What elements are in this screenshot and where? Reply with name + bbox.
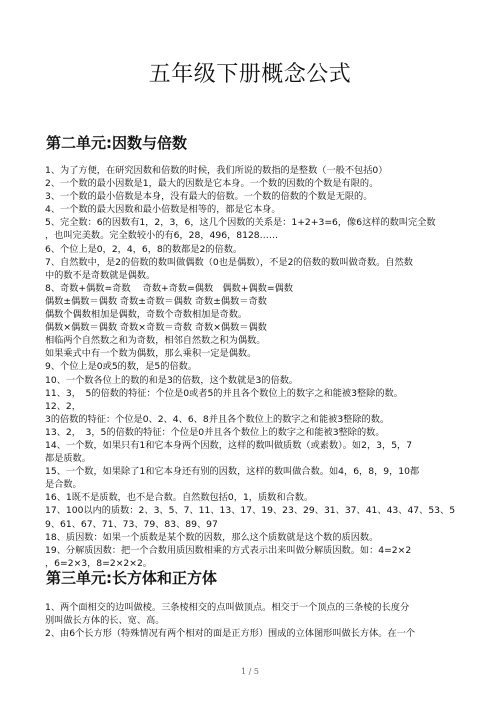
text-line: 1、为了方便，在研究因数和倍数的时候，我们所说的数指的是整数（一般不包括0） [45, 164, 457, 177]
text-line: 都是质数。 [45, 452, 457, 465]
text-line: 偶数±偶数＝偶数 奇数±奇数＝偶数 奇数±偶数＝奇数 [45, 295, 457, 308]
text-line: 5、完全数：6的因数有1，2，3，6，这几个因数的关系是：1+2+3=6，像6这… [45, 216, 457, 229]
section-heading-unit-3: 第三单元:长方体和正方体 [46, 568, 217, 588]
page-number: 1 / 5 [0, 667, 500, 676]
text-line: 18、质因数：如果一个质数是某个数的因数，那么这个质数就是这个数的质因数。 [45, 531, 457, 544]
text-line: 是合数。 [45, 478, 457, 491]
document-title: 五年级下册概念公式 [0, 60, 500, 90]
text-line: 相临两个自然数之和为奇数，相邻自然数之积为偶数。 [45, 334, 457, 347]
text-line: 7、自然数中，是2的倍数的数叫做偶数（0也是偶数），不是2的倍数的数叫做奇数。自… [45, 256, 457, 269]
text-line: 偶数×偶数＝偶数 奇数×奇数＝奇数 奇数×偶数＝偶数 [45, 321, 457, 334]
text-line: 4、一个数的最大因数和最小倍数是相等的，都是它本身。 [45, 203, 457, 216]
text-line: 6、个位上是0，2，4，6，8的数都是2的倍数。 [45, 243, 457, 256]
unit-2-content: 1、为了方便，在研究因数和倍数的时候，我们所说的数指的是整数（一般不包括0）2、… [45, 164, 457, 570]
text-line: 9、61、67、71、73、79、83、89、97 [45, 518, 457, 531]
text-line: 2、由6个长方形（特殊情况有两个相对的面是正方形）围成的立体图形叫做长方体。在一… [45, 627, 457, 640]
text-line: 10、一个数各位上的数的和是3的倍数，这个数就是3的倍数。 [45, 374, 457, 387]
text-line: 15、一个数，如果除了1和它本身还有别的因数，这样的数叫做合数。如4，6，8，9… [45, 465, 457, 478]
text-line: 如果乘式中有一个数为偶数，那么乘积一定是偶数。 [45, 347, 457, 360]
text-line: 2、一个数的最小因数是1，最大的因数是它本身。一个数的因数的个数是有限的。 [45, 177, 457, 190]
unit-3-content: 1、两个面相交的边叫做棱。三条棱相交的点叫做顶点。相交于一个顶点的三条棱的长度分… [45, 601, 457, 640]
text-line: 1、两个面相交的边叫做棱。三条棱相交的点叫做顶点。相交于一个顶点的三条棱的长度分 [45, 601, 457, 614]
text-line: 偶数个偶数相加是偶数，奇数个奇数相加是奇数。 [45, 308, 457, 321]
text-line: 16、1既不是质数，也不是合数。自然数包括0，1，质数和合数。 [45, 491, 457, 504]
section-heading-unit-2: 第二单元:因数与倍数 [46, 133, 187, 153]
text-line: 14、一个数，如果只有1和它本身两个因数，这样的数叫做质数（或素数）。如2，3，… [45, 439, 457, 452]
text-line: 17、100以内的质数：2、3、5、7、11、13、17、19、23、29、31… [45, 504, 457, 517]
text-line: 13、2， 3，5的倍数的特征：个位是0并且各个数位上的数字之和能被3整除的数。 [45, 426, 457, 439]
text-line: 3的倍数的特征：个位是0、2、4、6、8并且各个数位上的数字之和能被3整除的数。 [45, 413, 457, 426]
text-line: 3、一个数的最小倍数是本身，没有最大的倍数。一个数的倍数的个数是无限的。 [45, 190, 457, 203]
text-line: 中的数不是奇数就是偶数。 [45, 269, 457, 282]
text-line: ，也叫完美数。完全数较小的有6，28，496，8128…… [45, 229, 457, 242]
text-line: 11、3， 5的倍数的特征：个位是0或者5的并且各个数位上的数字之和能被3整除的… [45, 387, 457, 400]
text-line: 9、个位上是0或5的数，是5的倍数。 [45, 360, 457, 373]
text-line: 别叫做长方体的长、宽、高。 [45, 614, 457, 627]
text-line: 12、2， [45, 400, 457, 413]
text-line: 19、分解质因数：把一个合数用质因数相乘的方式表示出来叫做分解质因数。如：4=2… [45, 544, 457, 557]
text-line: 8、奇数+偶数=奇数 奇数+奇数=偶数 偶数+偶数=偶数 [45, 282, 457, 295]
